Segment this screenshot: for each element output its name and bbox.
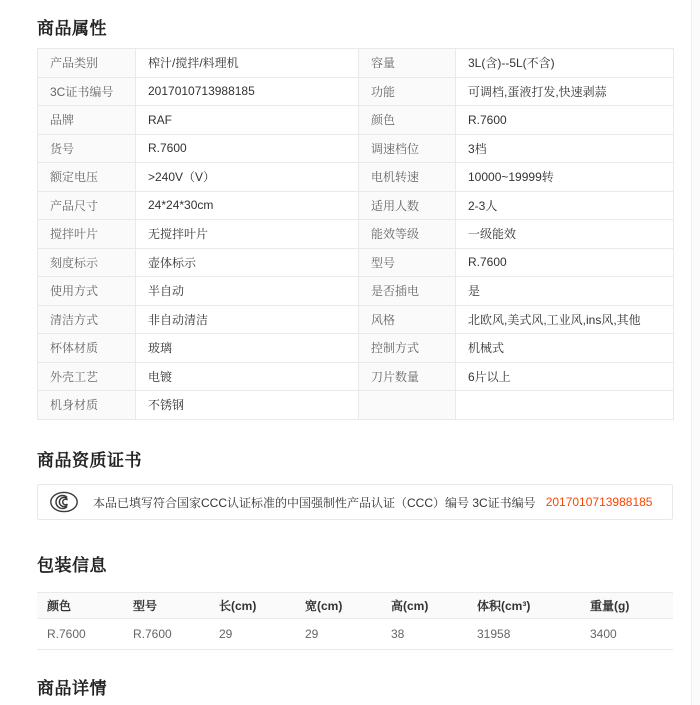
attr-label: 能效等级 <box>359 220 456 249</box>
scrollbar-track[interactable] <box>691 0 700 705</box>
attr-value: 北欧风,美式风,工业风,ins风,其他 <box>456 305 674 334</box>
attr-row: 额定电压 >240V（V） 电机转速 10000~19999转 <box>38 163 674 192</box>
attr-label: 3C证书编号 <box>38 77 136 106</box>
packaging-header-row: 颜色 型号 长(cm) 宽(cm) 高(cm) 体积(cm³) 重量(g) <box>37 593 673 619</box>
attr-label: 机身材质 <box>38 391 136 420</box>
attr-label: 清洁方式 <box>38 305 136 334</box>
attr-label: 容量 <box>359 49 456 78</box>
attr-row: 搅拌叶片 无搅拌叶片 能效等级 一级能效 <box>38 220 674 249</box>
attr-label: 控制方式 <box>359 334 456 363</box>
packaging-header: 颜色 <box>37 593 123 619</box>
attr-row: 外壳工艺 电镀 刀片数量 6片以上 <box>38 362 674 391</box>
packaging-cell: 3400 <box>580 619 673 650</box>
attr-value: 不锈钢 <box>136 391 359 420</box>
attr-label: 产品类别 <box>38 49 136 78</box>
attr-label: 刻度标示 <box>38 248 136 277</box>
attr-label: 调速档位 <box>359 134 456 163</box>
attr-label: 杯体材质 <box>38 334 136 363</box>
attr-value: 6片以上 <box>456 362 674 391</box>
packaging-header: 长(cm) <box>209 593 295 619</box>
packaging-cell: 38 <box>381 619 467 650</box>
attr-value: 可调档,蛋液打发,快速剥蒜 <box>456 77 674 106</box>
attr-row: 杯体材质 玻璃 控制方式 机械式 <box>38 334 674 363</box>
attr-value: 电镀 <box>136 362 359 391</box>
ccc-mark-icon <box>49 491 79 513</box>
attr-value: 榨汁/搅拌/料理机 <box>136 49 359 78</box>
certificate-section-title: 商品资质证书 <box>37 446 673 471</box>
certificate-number: 2017010713988185 <box>546 495 653 509</box>
attr-value: 半自动 <box>136 277 359 306</box>
attr-row: 货号 R.7600 调速档位 3档 <box>38 134 674 163</box>
attributes-section-title: 商品属性 <box>37 14 673 39</box>
attr-label: 额定电压 <box>38 163 136 192</box>
attr-value: >240V（V） <box>136 163 359 192</box>
attr-value: 无搅拌叶片 <box>136 220 359 249</box>
attr-row: 产品类别 榨汁/搅拌/料理机 容量 3L(含)--5L(不含) <box>38 49 674 78</box>
attr-row: 机身材质 不锈钢 <box>38 391 674 420</box>
attr-label: 适用人数 <box>359 191 456 220</box>
attr-label: 型号 <box>359 248 456 277</box>
attr-value: 10000~19999转 <box>456 163 674 192</box>
packaging-data-row: R.7600 R.7600 29 29 38 31958 3400 <box>37 619 673 650</box>
attr-label: 搅拌叶片 <box>38 220 136 249</box>
attr-row: 清洁方式 非自动清洁 风格 北欧风,美式风,工业风,ins风,其他 <box>38 305 674 334</box>
attr-value: 24*24*30cm <box>136 191 359 220</box>
attr-row: 产品尺寸 24*24*30cm 适用人数 2-3人 <box>38 191 674 220</box>
packaging-section-title: 包装信息 <box>37 551 673 576</box>
attr-value: R.7600 <box>456 248 674 277</box>
attr-value: 2017010713988185 <box>136 77 359 106</box>
attributes-table: 产品类别 榨汁/搅拌/料理机 容量 3L(含)--5L(不含) 3C证书编号 2… <box>37 48 674 420</box>
attr-label: 产品尺寸 <box>38 191 136 220</box>
attr-row: 3C证书编号 2017010713988185 功能 可调档,蛋液打发,快速剥蒜 <box>38 77 674 106</box>
attr-label: 是否插电 <box>359 277 456 306</box>
packaging-header: 型号 <box>123 593 209 619</box>
packaging-cell: 29 <box>295 619 381 650</box>
details-section-title: 商品详情 <box>37 674 673 699</box>
packaging-cell: 31958 <box>467 619 580 650</box>
attr-value: 非自动清洁 <box>136 305 359 334</box>
attr-value: R.7600 <box>136 134 359 163</box>
attr-value: 3档 <box>456 134 674 163</box>
attr-value: RAF <box>136 106 359 135</box>
certificate-box: 本品已填写符合国家CCC认证标准的中国强制性产品认证（CCC）编号 3C证书编号… <box>37 484 673 520</box>
attr-value: 壶体标示 <box>136 248 359 277</box>
attr-row: 品牌 RAF 颜色 R.7600 <box>38 106 674 135</box>
attr-row: 使用方式 半自动 是否插电 是 <box>38 277 674 306</box>
attr-value: 3L(含)--5L(不含) <box>456 49 674 78</box>
attr-value: R.7600 <box>456 106 674 135</box>
attr-label: 颜色 <box>359 106 456 135</box>
packaging-header: 高(cm) <box>381 593 467 619</box>
attr-label: 外壳工艺 <box>38 362 136 391</box>
certificate-statement: 本品已填写符合国家CCC认证标准的中国强制性产品认证（CCC）编号 3C证书编号 <box>93 494 536 511</box>
packaging-header: 宽(cm) <box>295 593 381 619</box>
attr-label: 货号 <box>38 134 136 163</box>
attr-label <box>359 391 456 420</box>
attr-value <box>456 391 674 420</box>
attr-label: 使用方式 <box>38 277 136 306</box>
attr-label: 品牌 <box>38 106 136 135</box>
attr-label: 电机转速 <box>359 163 456 192</box>
attr-value: 玻璃 <box>136 334 359 363</box>
packaging-cell: R.7600 <box>123 619 209 650</box>
attr-label: 刀片数量 <box>359 362 456 391</box>
attr-label: 功能 <box>359 77 456 106</box>
packaging-table: 颜色 型号 长(cm) 宽(cm) 高(cm) 体积(cm³) 重量(g) R.… <box>37 592 673 650</box>
packaging-cell: R.7600 <box>37 619 123 650</box>
attr-label: 风格 <box>359 305 456 334</box>
attr-row: 刻度标示 壶体标示 型号 R.7600 <box>38 248 674 277</box>
attr-value: 一级能效 <box>456 220 674 249</box>
packaging-header: 重量(g) <box>580 593 673 619</box>
packaging-header: 体积(cm³) <box>467 593 580 619</box>
attr-value: 2-3人 <box>456 191 674 220</box>
packaging-cell: 29 <box>209 619 295 650</box>
attr-value: 机械式 <box>456 334 674 363</box>
attr-value: 是 <box>456 277 674 306</box>
